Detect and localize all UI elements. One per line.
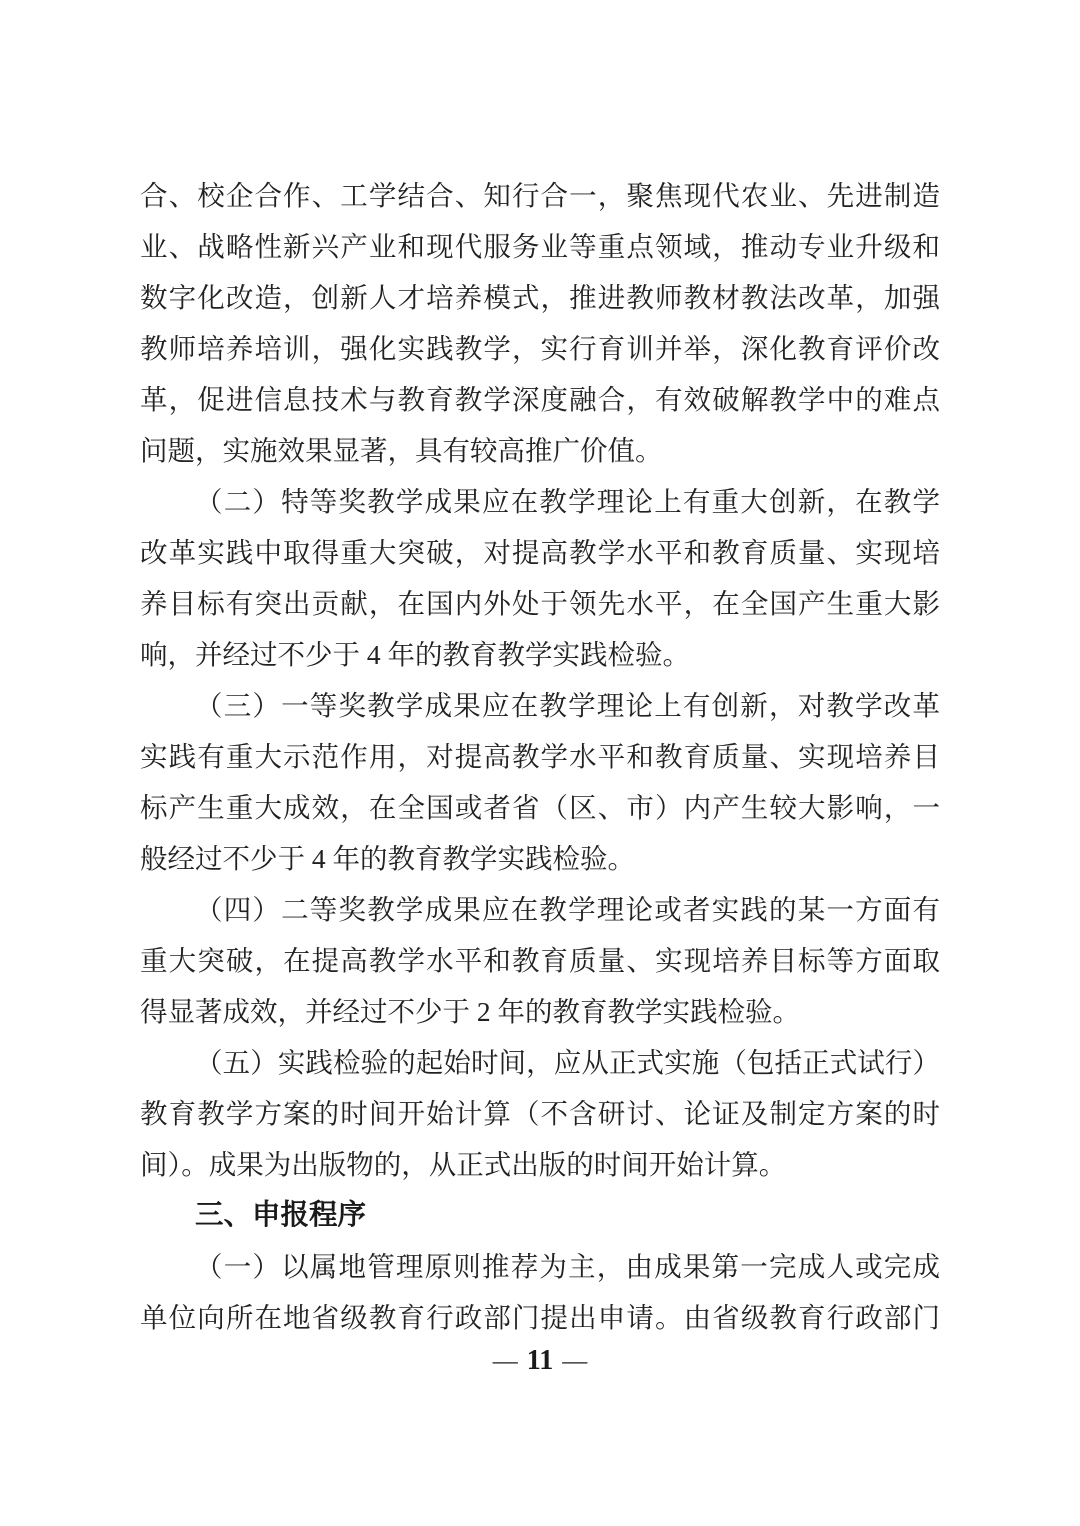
paragraph: （二）特等奖教学成果应在教学理论上有重大创新，在教学改革实践中取得重大突破，对提… bbox=[140, 476, 940, 680]
text-line: 问题，实施效果显著，具有较高推广价值。 bbox=[140, 425, 940, 476]
text-line: 养目标有突出贡献，在国内外处于领先水平，在全国产生重大影 bbox=[140, 578, 940, 629]
text-line: 合、校企合作、工学结合、知行合一，聚焦现代农业、先进制造 bbox=[140, 170, 940, 221]
text-line: 重大突破，在提高教学水平和教育质量、实现培养目标等方面取 bbox=[140, 935, 940, 986]
text-line: 单位向所在地省级教育行政部门提出申请。由省级教育行政部门 bbox=[140, 1292, 940, 1343]
text-line: 标产生重大成效，在全国或者省（区、市）内产生较大影响，一 bbox=[140, 782, 940, 833]
text-line: （四）二等奖教学成果应在教学理论或者实践的某一方面有 bbox=[140, 884, 940, 935]
page-footer: —11— bbox=[0, 1342, 1080, 1381]
text-line: （三）一等奖教学成果应在教学理论上有创新，对教学改革 bbox=[140, 680, 940, 731]
footer-dash-left: — bbox=[493, 1348, 518, 1375]
text-line: （一）以属地管理原则推荐为主，由成果第一完成人或完成 bbox=[140, 1241, 940, 1292]
paragraph: （四）二等奖教学成果应在教学理论或者实践的某一方面有重大突破，在提高教学水平和教… bbox=[140, 884, 940, 1037]
text-line: 般经过不少于 4 年的教育教学实践检验。 bbox=[140, 833, 940, 884]
document-body: 合、校企合作、工学结合、知行合一，聚焦现代农业、先进制造业、战略性新兴产业和现代… bbox=[140, 170, 940, 1343]
paragraph: （一）以属地管理原则推荐为主，由成果第一完成人或完成单位向所在地省级教育行政部门… bbox=[140, 1241, 940, 1343]
section-heading: 三、申报程序 bbox=[140, 1190, 940, 1241]
text-line: 教育教学方案的时间开始计算（不含研讨、论证及制定方案的时 bbox=[140, 1088, 940, 1139]
document-page: 合、校企合作、工学结合、知行合一，聚焦现代农业、先进制造业、战略性新兴产业和现代… bbox=[0, 0, 1080, 1526]
text-line: 改革实践中取得重大突破，对提高教学水平和教育质量、实现培 bbox=[140, 527, 940, 578]
text-line: （五）实践检验的起始时间，应从正式实施（包括正式试行） bbox=[140, 1037, 940, 1088]
paragraph: 合、校企合作、工学结合、知行合一，聚焦现代农业、先进制造业、战略性新兴产业和现代… bbox=[140, 170, 940, 476]
text-line: 数字化改造，创新人才培养模式，推进教师教材教法改革，加强 bbox=[140, 272, 940, 323]
text-line: 业、战略性新兴产业和现代服务业等重点领域，推动专业升级和 bbox=[140, 221, 940, 272]
footer-dash-right: — bbox=[562, 1348, 587, 1375]
text-line: 响，并经过不少于 4 年的教育教学实践检验。 bbox=[140, 629, 940, 680]
text-line: 实践有重大示范作用，对提高教学水平和教育质量、实现培养目 bbox=[140, 731, 940, 782]
text-line: （二）特等奖教学成果应在教学理论上有重大创新，在教学 bbox=[140, 476, 940, 527]
text-line: 间）。成果为出版物的，从正式出版的时间开始计算。 bbox=[140, 1139, 940, 1190]
text-line: 得显著成效，并经过不少于 2 年的教育教学实践检验。 bbox=[140, 986, 940, 1037]
page-number: 11 bbox=[527, 1345, 553, 1376]
text-line: 教师培养培训，强化实践教学，实行育训并举，深化教育评价改 bbox=[140, 323, 940, 374]
paragraph: （三）一等奖教学成果应在教学理论上有创新，对教学改革实践有重大示范作用，对提高教… bbox=[140, 680, 940, 884]
text-line: 革，促进信息技术与教育教学深度融合，有效破解教学中的难点 bbox=[140, 374, 940, 425]
paragraph: （五）实践检验的起始时间，应从正式实施（包括正式试行）教育教学方案的时间开始计算… bbox=[140, 1037, 940, 1190]
